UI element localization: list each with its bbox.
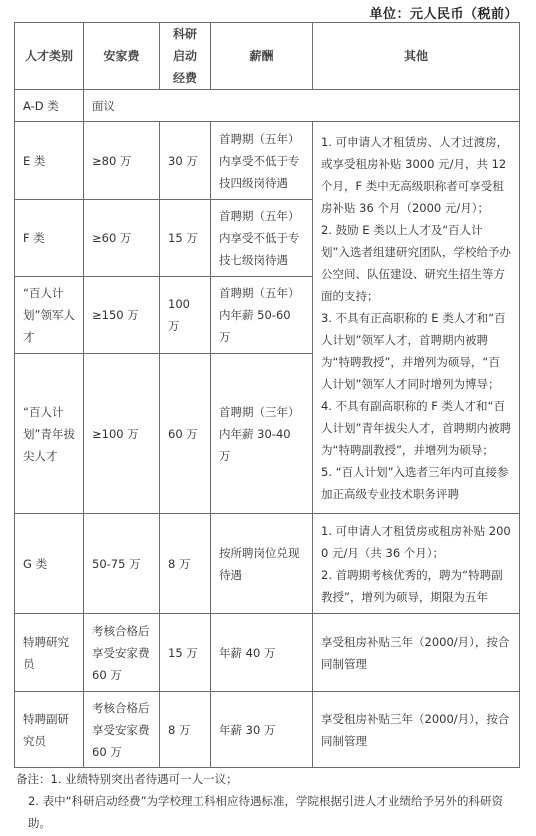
header-research-fund-line: 科研	[168, 23, 202, 45]
table-row-special-researcher: 特聘研究员 考核合格后享受安家费 60 万 15 万 年薪 40 万 享受租房补…	[15, 614, 520, 692]
cell-settling-fee: 考核合格后享受安家费 60 万	[84, 692, 160, 768]
header-research-fund-line: 启动	[168, 45, 202, 67]
cell-salary: 首聘期（三年）内年薪 30-40 万	[211, 354, 313, 514]
cell-salary: 首聘期（五年）内年薪 50-60 万	[211, 277, 313, 354]
other-item: 2. 鼓励 E 类以上人才及“百人计划”入选者组建研究团队，学校给予办公空间、队…	[321, 219, 511, 307]
table-row-e: E 类 ≥80 万 30 万 首聘期（五年）内享受不低于专技四级岗待遇 1. 可…	[15, 122, 520, 200]
cell-research-fund: 15 万	[160, 614, 211, 692]
header-category: 人才类别	[15, 23, 84, 90]
cell-settling-fee: 考核合格后享受安家费 60 万	[84, 614, 160, 692]
other-item: 1. 可申请人才租赁房或租房补贴 2000 元/月（共 36 个月）；	[321, 520, 511, 564]
cell-category: E 类	[15, 122, 84, 200]
talent-compensation-table: 人才类别 安家费 科研 启动 经费 薪酬 其他 A-D 类 面议 E 类 ≥80…	[14, 22, 520, 768]
cell-salary: 首聘期（五年）内享受不低于专技四级岗待遇	[211, 122, 313, 200]
cell-category: 特聘研究员	[15, 614, 84, 692]
cell-other: 1. 可申请人才租赁房或租房补贴 2000 元/月（共 36 个月）； 2. 首…	[313, 514, 520, 614]
cell-category: 特聘副研究员	[15, 692, 84, 768]
cell-category: A-D 类	[15, 90, 84, 122]
cell-negotiable: 面议	[84, 90, 520, 122]
cell-settling-fee: ≥80 万	[84, 122, 160, 200]
cell-settling-fee: 50-75 万	[84, 514, 160, 614]
cell-research-fund: 60 万	[160, 354, 211, 514]
table-row-g: G 类 50-75 万 8 万 按所聘岗位兑现待遇 1. 可申请人才租赁房或租房…	[15, 514, 520, 614]
cell-research-fund: 100 万	[160, 277, 211, 354]
table-header-row: 人才类别 安家费 科研 启动 经费 薪酬 其他	[15, 23, 520, 90]
cell-research-fund: 8 万	[160, 514, 211, 614]
header-research-fund: 科研 启动 经费	[160, 23, 211, 90]
cell-research-fund: 8 万	[160, 692, 211, 768]
other-item: 1. 可申请人才租赁房、人才过渡房，或享受租房补贴 3000 元/月，共 12 …	[321, 131, 511, 219]
cell-settling-fee: ≥100 万	[84, 354, 160, 514]
table-row-a-d: A-D 类 面议	[15, 90, 520, 122]
other-item: 4. 不具有副高职称的 F 类人才和“百人计划”青年拔尖人才，首聘期内被聘为“特…	[321, 395, 511, 461]
cell-settling-fee: ≥150 万	[84, 277, 160, 354]
cell-category: “百人计划”青年拔尖人才	[15, 354, 84, 514]
cell-category: “百人计划”领军人才	[15, 277, 84, 354]
header-settling-fee: 安家费	[84, 23, 160, 90]
cell-salary: 按所聘岗位兑现待遇	[211, 514, 313, 614]
cell-salary: 年薪 40 万	[211, 614, 313, 692]
cell-research-fund: 15 万	[160, 200, 211, 277]
footnotes: 备注：1. 业绩特别突出者待遇可一人一议； 2. 表中“科研启动经费”为学校理工…	[16, 768, 526, 834]
other-item: 5. “百人计划”入选者三年内可直接参加正高级专业技术职务评聘	[321, 461, 511, 505]
cell-category: G 类	[15, 514, 84, 614]
cell-other: 享受租房补贴三年（2000/月），按合同制管理	[313, 692, 520, 768]
other-item: 2. 首聘期考核优秀的，聘为“特聘副教授”，增列为硕导，期限为五年	[321, 564, 511, 608]
cell-research-fund: 30 万	[160, 122, 211, 200]
header-other: 其他	[313, 23, 520, 90]
cell-other: 享受租房补贴三年（2000/月），按合同制管理	[313, 614, 520, 692]
table-row-special-associate-researcher: 特聘副研究员 考核合格后享受安家费 60 万 8 万 年薪 30 万 享受租房补…	[15, 692, 520, 768]
cell-category: F 类	[15, 200, 84, 277]
cell-salary: 年薪 30 万	[211, 692, 313, 768]
header-salary: 薪酬	[211, 23, 313, 90]
cell-salary: 首聘期（五年）内享受不低于专技七级岗待遇	[211, 200, 313, 277]
cell-other-merged: 1. 可申请人才租赁房、人才过渡房，或享受租房补贴 3000 元/月，共 12 …	[313, 122, 520, 514]
cell-settling-fee: ≥60 万	[84, 200, 160, 277]
footnote-1: 备注：1. 业绩特别突出者待遇可一人一议；	[16, 768, 526, 790]
footnote-2: 2. 表中“科研启动经费”为学校理工科相应待遇标准，学院根据引进人才业绩给予另外…	[16, 790, 526, 834]
other-item: 3. 不具有正高职称的 E 类人才和“百人计划”领军人才，首聘期内被聘为“特聘教…	[321, 307, 511, 395]
unit-label: 单位：元人民币（税前）	[369, 3, 518, 22]
header-research-fund-line: 经费	[168, 67, 202, 89]
